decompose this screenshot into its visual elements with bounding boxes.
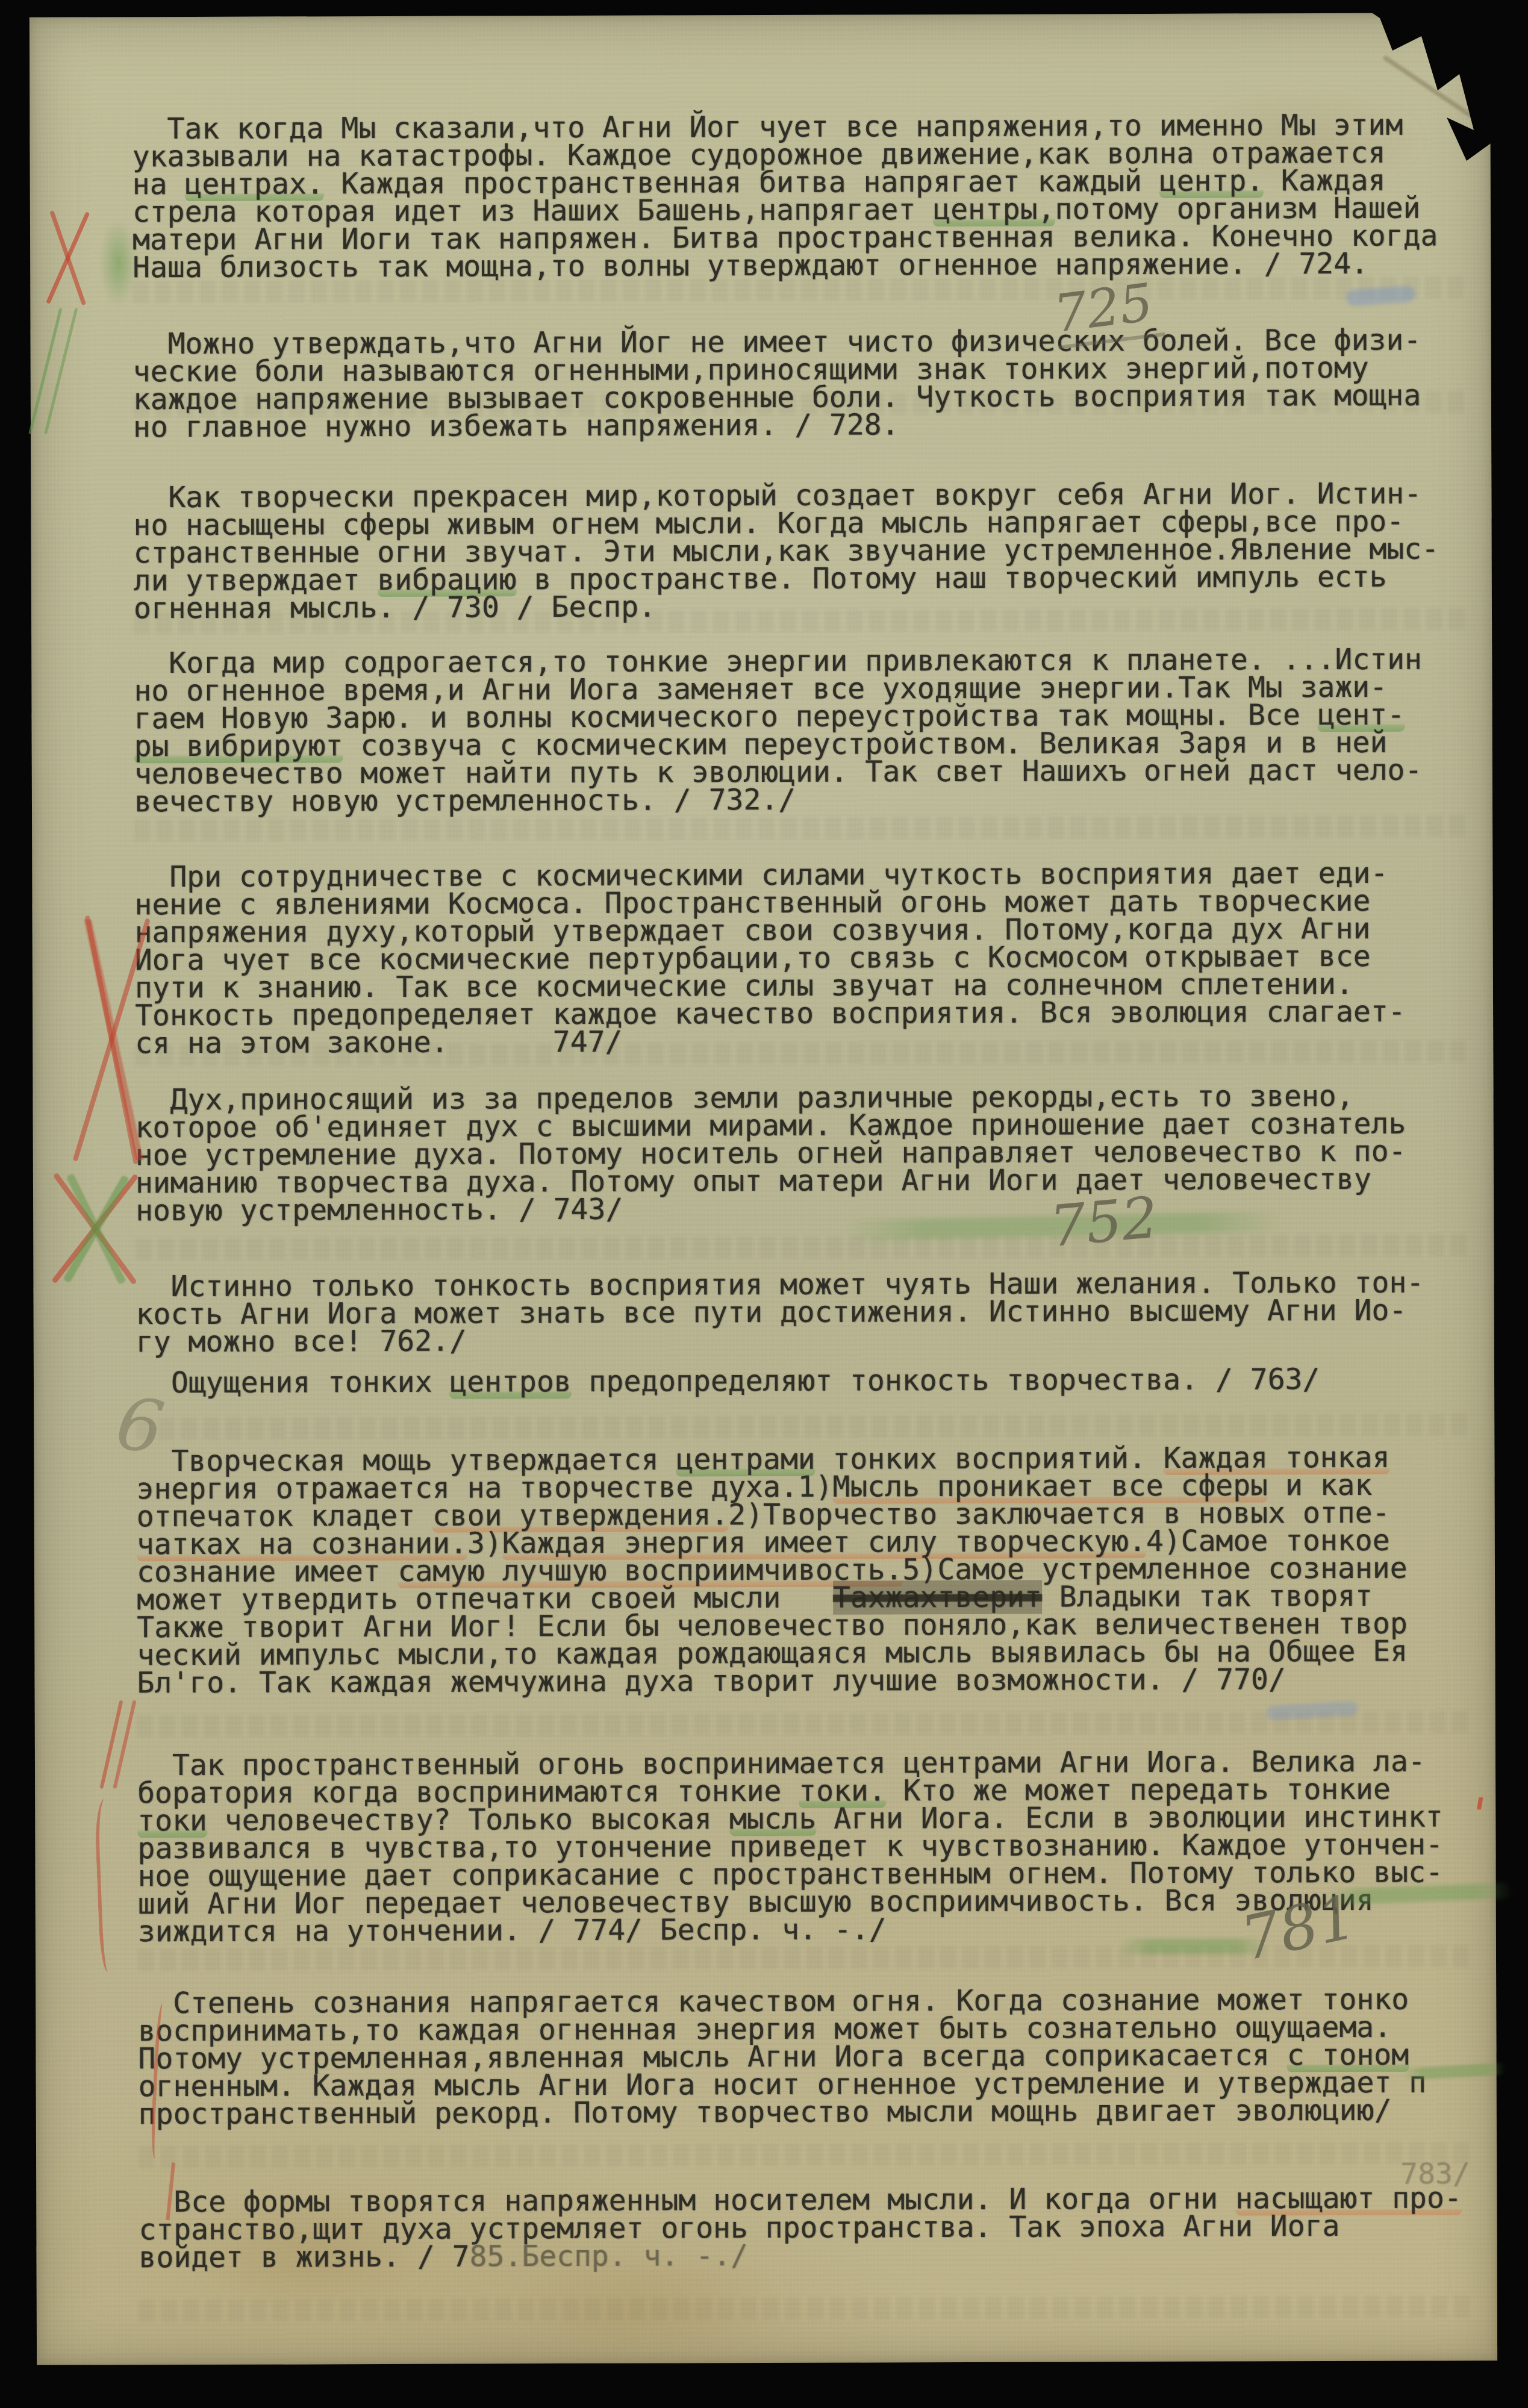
text-segment: гу можно все! 762./ [136,1324,467,1359]
text-segment: зиждится на утончении. / 774/ Беспр. ч. … [138,1912,887,1948]
paragraph-774: Так пространственный огонь воспринимаетс… [137,1747,1443,1945]
paragraph-730: Как творчески прекрасен мир,который созд… [133,479,1439,622]
paragraph-762: Истинно только тонкость восприятия может… [136,1269,1424,1356]
paragraph-763: Ощущения тонких центров предопределяют т… [136,1365,1320,1397]
text-segment: Наша близость так мощна,то волны утвержд… [133,247,1368,284]
paragraph-785: Все формы творятся напряженным носителем… [139,2184,1462,2271]
text-segment: ся на этом законе. 747/ [135,1025,622,1061]
text-line: ли утверждает вибрацию в пространстве. П… [134,563,1439,594]
text-segment: огненная мысль. / 730 / Беспр. [134,590,656,626]
text-segment: Бл'го. Так каждая жемчужина духа творит … [137,1662,1285,1700]
text-line: Наша близость так мощна,то волны утвержд… [133,249,1438,281]
document-paper: Так когда Мы сказали,что Агни Йог чует в… [30,13,1497,2365]
text-segment: пространственный рекорд. Потому творчест… [139,2094,1392,2132]
typewritten-text-block: Так когда Мы сказали,что Агни Йог чует в… [30,13,1497,2365]
text-line: кость Агни Иога может знать все пути дос… [136,1297,1424,1329]
paragraph-728: Можно утверждать,что Агни Йог не имеет ч… [133,326,1421,441]
text-segment: Ощущения тонких [171,1365,450,1400]
text-line: но главное нужно избежать напряжения. / … [133,410,1421,441]
text-line: ниманию творчества духа. Потому опыт мат… [136,1165,1406,1197]
paragraph-770: Творческая мощь утверждается центрами то… [136,1444,1408,1697]
text-line: пространственный рекорд. Потому творчест… [139,2097,1427,2129]
marked-text-segment: центров [449,1365,571,1399]
scan-background: Так когда Мы сказали,что Агни Йог чует в… [0,0,1528,2408]
paragraph-747: При сотрудничестве с космическими силами… [134,859,1406,1058]
paragraph-732: Когда мир содрогается,то тонкие энергии … [134,646,1423,816]
text-segment: но главное нужно избежать напряжения. / … [133,408,899,444]
text-line: Ощущения тонких центров предопределяют т… [136,1365,1320,1397]
paragraph-783: Степень сознания напрягается качеством о… [138,1986,1426,2129]
paragraph-724: Так когда Мы сказали,что Агни Йог чует в… [132,111,1438,281]
marked-text-segment: 85.Беспр. ч. -./ [470,2239,749,2273]
text-segment: предопределяют тонкость творчества. / 76… [572,1362,1320,1399]
paragraph-743: Дух,приносящий из за пределов земли разл… [135,1082,1406,1225]
text-segment: новую устремленность. / 743/ [136,1193,623,1228]
text-segment: вечеству новую устремленность. / 732./ [134,783,796,819]
text-line: странство,щит духа устремляет огонь прос… [139,2212,1462,2244]
text-line: Тонкость предопределяет каждое качество … [135,998,1406,1030]
text-line: зиждится на утончении. / 774/ Беспр. ч. … [138,1914,1444,1945]
text-line: Бл'го. Так каждая жемчужина духа творит … [137,1665,1408,1697]
text-line: вечеству новую устремленность. / 732./ [134,784,1423,816]
text-segment: войдет в жизнь. / 7 [139,2240,469,2275]
